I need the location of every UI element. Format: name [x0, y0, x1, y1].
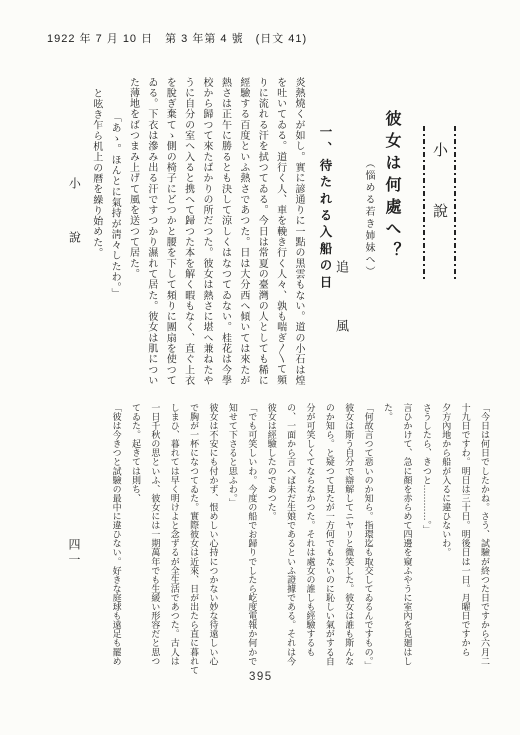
text-column: 「今日は何日でしたかね。さう、試驗が終つた日ですから六月二: [473, 400, 492, 665]
chain-rule-right: [454, 126, 456, 282]
text-column: 炎熱燒くが如し。實に諺通りに一點の黑雲もない。道の小石は煌: [288, 64, 306, 386]
text-column: 彼女は斯う自分で辯解してニヤリと微笑した。彼女は誰も斯んな: [337, 400, 356, 665]
text-column: た。: [376, 400, 395, 421]
text-column: 夕方內地から船が入るに違ひないわ。: [434, 400, 453, 557]
text-column: 經驗する百度といふ熱さであつた。日は大分西へ傾いては來たが: [232, 64, 250, 386]
text-column: 熱さは正午に勝るとも決して涼しくはなつてゐない。桂花は今學: [214, 64, 232, 386]
text-column: しまひ、暮れては早く明けよと念ずるが全生活であつた。古人は: [162, 400, 181, 665]
text-column: を吐いてゐる。道行く人、車を輓き行く人々、孰も喘ぎ〳〵て頻: [269, 64, 287, 385]
top-text-block: 小說 彼女は何處へ？ （惱める若き姉妹へ） 追風 一、待たれる入船の日 炎熱燒く…: [68, 64, 492, 390]
text-column: うに自分の室へ入ると携へて歸つた本を解く暇もなく、直ぐ上衣: [177, 64, 195, 386]
genre-box: 小說: [421, 126, 458, 282]
text-column: 十九日ですわ。明日は三十日。明後日は一日。月曜日ですから: [453, 400, 472, 656]
text-column: 「あゝ。ほんとに氣持が淸々したわ。」: [104, 64, 122, 299]
text-column: 言ひかけて、急に顏を赤らめて四邊を窺ふやうに室內を見廻はし: [395, 400, 414, 665]
text-column: で胸が一杯になつてゐた。實際彼女は近來、日が出たら直に暮れて: [182, 400, 201, 675]
story-subtitle: （惱める若き姉妹へ）: [361, 158, 376, 278]
page-number: 395: [249, 671, 273, 683]
bottom-text-block: 「今日は何日でしたかね。さう、試驗が終つた日ですから六月二 十九日ですわ。明日は…: [60, 400, 492, 670]
chain-rule-left: [423, 126, 425, 282]
text-column: を脫ぎ棄てゝ側の椅子にどつかと腰を下して頻りに團扇を使つて: [159, 64, 177, 386]
text-column: 校から歸つて來たばかりの所だつた。彼女は熱さに堪へ兼ねたや: [196, 64, 214, 386]
text-column: 一日千秋の思といふ、彼女には一期萬年でも生緩い形容だと思つ: [143, 400, 162, 665]
folio-number: 四一: [66, 538, 83, 568]
text-column: 彼女は不安にも付かず、恨めしい心持につかない妙な待遠しい心: [201, 400, 220, 665]
issue-header: 1922 年 7 月 10 日 第 3 年第 4 號 (日文 41): [47, 30, 307, 46]
text-column: た薄地をばつまみ上げて風を送つて居た。: [122, 64, 140, 279]
text-column: りに流れる汗を拭つてゐる。今日は常夏の臺灣の人としても稀に: [251, 64, 269, 386]
story-title: 彼女は何處へ？: [381, 110, 403, 264]
text-column: 分が可笑しくてならなかつた。それは處女の誰しも經驗するも: [298, 400, 317, 656]
text-column: の、一面から言へば未だ生娘であるといふ證據である。それは今: [279, 400, 298, 665]
genre-label: 小說: [429, 142, 450, 264]
text-column: ゐる。下衣は滲み出る汗ですつかり濕れて居た。彼女は肌につい: [140, 64, 158, 386]
text-column: 「彼は今きつと試驗の最中に違ひない。好きな庭球も遠足も罷め: [104, 400, 123, 665]
author-name: 追風: [336, 260, 351, 378]
running-genre-label: 小說: [69, 177, 83, 285]
text-column: と呟き乍ら机上の暦を繰り始めた。: [85, 64, 103, 258]
magazine-page: 1922 年 7 月 10 日 第 3 年第 4 號 (日文 41) 小說 彼女…: [0, 0, 520, 735]
text-column: 「でも可笑しいわ。今度の船でお歸りでしたら屹度電報か何かで: [240, 400, 259, 665]
text-column: のか知ら。と疑つて見たが一方何でもないのに恥しい氣がする自: [317, 400, 336, 665]
text-column: 知せて下さると思ふわ。」: [221, 400, 240, 507]
text-column: さうしたら、きつと…………。」: [414, 400, 433, 534]
text-column: てゐた。起きては則ち、: [124, 400, 143, 503]
text-column: 「何故言つて惡いのか知ら。指環迄も取交してゐるんですもの。」: [356, 400, 375, 670]
text-column: 彼女は經驗したのであつた。: [259, 400, 278, 521]
